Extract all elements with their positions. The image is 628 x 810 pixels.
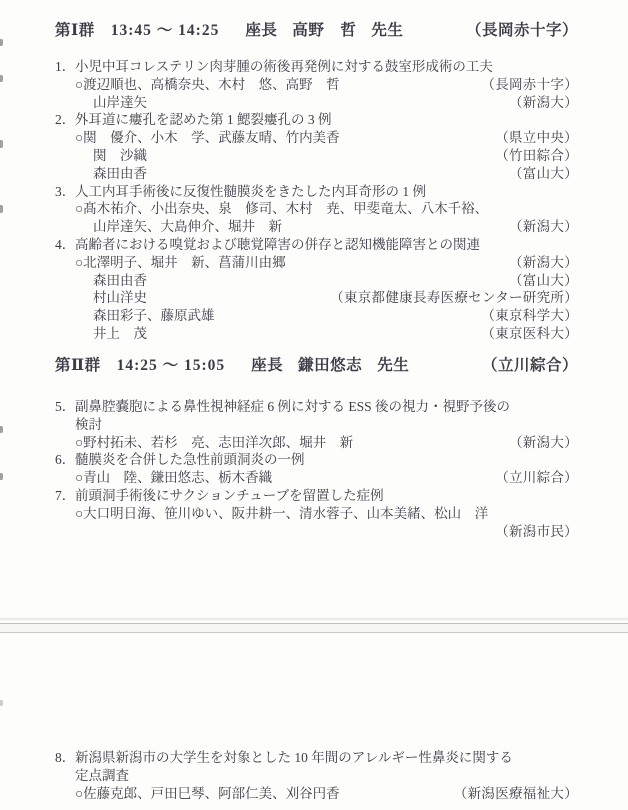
author-row: 関 沙織（竹田綜合） xyxy=(55,147,578,165)
author-line: ○北澤明子、堀井 新、菖蒲川由郷（新潟大） xyxy=(75,254,578,272)
scan-speck xyxy=(0,700,3,706)
item-number: 6． xyxy=(55,451,75,469)
author-line: ○青山 陸、鎌田悠志、栃木香織（立川綜合） xyxy=(75,469,578,487)
indent-spacer xyxy=(55,254,75,272)
item-title-row: 5．副鼻腔嚢胞による鼻性視神経症 6 例に対する ESS 後の視力・視野予後の xyxy=(55,398,578,416)
indent-spacer xyxy=(55,505,75,523)
item-number xyxy=(55,767,75,785)
item-title: 髄膜炎を合併した急性前頭洞炎の一例 xyxy=(75,451,578,469)
author-names: 村山洋史 xyxy=(75,289,147,307)
author-line: 山岸達矢（新潟大） xyxy=(75,94,578,112)
item-title: 前頭洞手術後にサクションチューブを留置した症例 xyxy=(75,487,578,505)
author-line: 関 沙織（竹田綜合） xyxy=(75,147,578,165)
affiliation: （新潟市民） xyxy=(495,523,578,541)
indent-spacer xyxy=(55,272,75,290)
author-row: 森田彩子、藤原武雄（東京科学大） xyxy=(55,307,578,325)
author-line: 山岸達矢、大島伸介、堀井 新（新潟大） xyxy=(75,218,578,236)
indent-spacer xyxy=(55,218,75,236)
author-row: ○野村拓未、若杉 亮、志田洋次郎、堀井 新（新潟大） xyxy=(55,434,578,452)
scan-speck xyxy=(0,140,3,148)
session-2-header: 第Ⅱ群 14:25 ～ 15:05 座長 鎌田悠志 先生 （立川綜合） xyxy=(55,356,578,376)
item-number: 1． xyxy=(55,58,75,76)
affiliation: （新潟大） xyxy=(509,218,578,236)
item-number: 5． xyxy=(55,398,75,416)
indent-spacer xyxy=(55,94,75,112)
indent-spacer xyxy=(55,325,75,343)
author-line: 森田彩子、藤原武雄（東京科学大） xyxy=(75,307,578,325)
page-break xyxy=(0,618,628,633)
author-line: 森田由香（富山大） xyxy=(75,272,578,290)
author-line: ○大口明日海、笹川ゆい、阪井耕一、清水蓉子、山本美緒、松山 洋 xyxy=(75,505,578,523)
item-title-row: 3．人工内耳手術後に反復性髄膜炎をきたした内耳奇形の 1 例 xyxy=(55,183,578,201)
chair-name: 鎌田悠志 xyxy=(298,356,362,376)
author-names: 森田彩子、藤原武雄 xyxy=(75,307,215,325)
affiliation: （東京都健康長寿医療センター研究所） xyxy=(330,289,578,307)
item-title-row: 4．高齢者における嗅覚および聴覚障害の併存と認知機能障害との関連 xyxy=(55,236,578,254)
indent-spacer xyxy=(55,147,75,165)
author-line: ○髙木祐介、小出奈央、泉 修司、木村 尭、甲斐竜太、八木千裕、 xyxy=(75,200,578,218)
author-names xyxy=(75,523,93,541)
scan-speck xyxy=(0,205,3,213)
author-names: ○関 優介、小木 学、武藤友晴、竹内美香 xyxy=(75,129,340,147)
author-names: 山岸達矢 xyxy=(75,94,147,112)
indent-spacer xyxy=(55,523,75,541)
scan-speck xyxy=(0,75,3,82)
session-1-items: 1．小児中耳コレステリン肉芽腫の術後再発例に対する鼓室形成術の工夫○渡辺順也、高… xyxy=(55,58,578,343)
indent-spacer xyxy=(55,434,75,452)
session-time: 13:45 ～ 14:25 xyxy=(111,21,220,41)
author-row: 森田由香（富山大） xyxy=(55,272,578,290)
item-title: 新潟県新潟市の大学生を対象とした 10 年間のアレルギー性鼻炎に関する xyxy=(75,749,578,767)
session-2-items: 5．副鼻腔嚢胞による鼻性視神経症 6 例に対する ESS 後の視力・視野予後の検… xyxy=(55,398,578,540)
chair-affiliation: （長岡赤十字） xyxy=(466,21,578,41)
affiliation: （新潟大） xyxy=(509,434,578,452)
author-names: 森田由香 xyxy=(75,272,147,290)
item-title: 定点調査 xyxy=(75,767,578,785)
chair-honorific: 先生 xyxy=(377,356,409,376)
author-row: ○大口明日海、笹川ゆい、阪井耕一、清水蓉子、山本美緒、松山 洋 xyxy=(55,505,578,523)
author-row: 山岸達矢、大島伸介、堀井 新（新潟大） xyxy=(55,218,578,236)
item-number: 8． xyxy=(55,749,75,767)
author-line: ○関 優介、小木 学、武藤友晴、竹内美香（県立中央） xyxy=(75,129,578,147)
affiliation: （富山大） xyxy=(509,272,578,290)
item-number: 4． xyxy=(55,236,75,254)
item-number: 2． xyxy=(55,111,75,129)
author-names: ○野村拓未、若杉 亮、志田洋次郎、堀井 新 xyxy=(75,434,353,452)
item-title-row: 検討 xyxy=(55,416,578,434)
item-number: 3． xyxy=(55,183,75,201)
author-names: 森田由香 xyxy=(75,165,147,183)
author-line: （新潟市民） xyxy=(75,523,578,541)
item-title: 高齢者における嗅覚および聴覚障害の併存と認知機能障害との関連 xyxy=(75,236,578,254)
author-line: ○渡辺順也、高橋奈央、木村 悠、高野 哲（長岡赤十字） xyxy=(75,76,578,94)
author-names: ○佐藤克郎、戸田巳琴、阿部仁美、刈谷円香 xyxy=(75,785,340,803)
indent-spacer xyxy=(55,129,75,147)
chair-label: 座長 xyxy=(245,21,277,41)
item-number xyxy=(55,416,75,434)
affiliation: （新潟大） xyxy=(509,94,578,112)
item-title-row: 6．髄膜炎を合併した急性前頭洞炎の一例 xyxy=(55,451,578,469)
indent-spacer xyxy=(55,200,75,218)
indent-spacer xyxy=(55,307,75,325)
page-break-shadow-line xyxy=(0,618,628,620)
author-names: ○髙木祐介、小出奈央、泉 修司、木村 尭、甲斐竜太、八木千裕、 xyxy=(75,200,488,218)
item-title: 外耳道に瘻孔を認めた第 1 鰓裂瘻孔の 3 例 xyxy=(75,111,578,129)
conference-program-scan: 第Ⅰ群 13:45 ～ 14:25 座長 高野 哲 先生 （長岡赤十字） 1．小… xyxy=(0,0,628,810)
indent-spacer xyxy=(55,165,75,183)
author-row: 井上 茂（東京医科大） xyxy=(55,325,578,343)
author-names: ○大口明日海、笹川ゆい、阪井耕一、清水蓉子、山本美緒、松山 洋 xyxy=(75,505,488,523)
affiliation: （新潟大） xyxy=(509,254,578,272)
author-row: ○関 優介、小木 学、武藤友晴、竹内美香（県立中央） xyxy=(55,129,578,147)
scan-speck xyxy=(0,426,3,433)
author-row: 森田由香（富山大） xyxy=(55,165,578,183)
indent-spacer xyxy=(55,289,75,307)
affiliation: （竹田綜合） xyxy=(495,147,578,165)
item-title: 検討 xyxy=(75,416,578,434)
affiliation: （立川綜合） xyxy=(495,469,578,487)
author-names: ○青山 陸、鎌田悠志、栃木香織 xyxy=(75,469,272,487)
author-line: 村山洋史（東京都健康長寿医療センター研究所） xyxy=(75,289,578,307)
author-names: ○渡辺順也、高橋奈央、木村 悠、高野 哲 xyxy=(75,76,340,94)
author-row: （新潟市民） xyxy=(55,523,578,541)
scan-speck xyxy=(0,39,3,46)
indent-spacer xyxy=(55,76,75,94)
author-row: ○青山 陸、鎌田悠志、栃木香織（立川綜合） xyxy=(55,469,578,487)
session-group: 第Ⅱ群 xyxy=(55,356,101,376)
indent-spacer xyxy=(55,469,75,487)
item-number: 7． xyxy=(55,487,75,505)
session-group: 第Ⅰ群 xyxy=(55,21,95,41)
indent-spacer xyxy=(55,785,75,803)
author-row: 村山洋史（東京都健康長寿医療センター研究所） xyxy=(55,289,578,307)
author-row: ○髙木祐介、小出奈央、泉 修司、木村 尭、甲斐竜太、八木千裕、 xyxy=(55,200,578,218)
author-row: 山岸達矢（新潟大） xyxy=(55,94,578,112)
session-time: 14:25 ～ 15:05 xyxy=(117,356,226,376)
author-line: 森田由香（富山大） xyxy=(75,165,578,183)
item-title-row: 1．小児中耳コレステリン肉芽腫の術後再発例に対する鼓室形成術の工夫 xyxy=(55,58,578,76)
affiliation: （長岡赤十字） xyxy=(481,76,578,94)
item-title: 小児中耳コレステリン肉芽腫の術後再発例に対する鼓室形成術の工夫 xyxy=(75,58,578,76)
author-names: ○北澤明子、堀井 新、菖蒲川由郷 xyxy=(75,254,286,272)
author-line: ○野村拓未、若杉 亮、志田洋次郎、堀井 新（新潟大） xyxy=(75,434,578,452)
chair-honorific: 先生 xyxy=(371,21,403,41)
chair-affiliation: （立川綜合） xyxy=(482,356,578,376)
author-line: 井上 茂（東京医科大） xyxy=(75,325,578,343)
item-title: 副鼻腔嚢胞による鼻性視神経症 6 例に対する ESS 後の視力・視野予後の xyxy=(75,398,578,416)
scan-speck xyxy=(0,473,3,480)
item-title-row: 定点調査 xyxy=(55,767,578,785)
affiliation: （東京科学大） xyxy=(481,307,578,325)
author-row: ○佐藤克郎、戸田巳琴、阿部仁美、刈谷円香（新潟医療福祉大） xyxy=(55,785,578,803)
author-row: ○北澤明子、堀井 新、菖蒲川由郷（新潟大） xyxy=(55,254,578,272)
affiliation: （東京医科大） xyxy=(481,325,578,343)
affiliation: （富山大） xyxy=(509,165,578,183)
item-title-row: 8．新潟県新潟市の大学生を対象とした 10 年間のアレルギー性鼻炎に関する xyxy=(55,749,578,767)
author-line: ○佐藤克郎、戸田巳琴、阿部仁美、刈谷円香（新潟医療福祉大） xyxy=(75,785,578,803)
author-names: 関 沙織 xyxy=(75,147,147,165)
item-title-row: 7．前頭洞手術後にサクションチューブを留置した症例 xyxy=(55,487,578,505)
affiliation: （新潟医療福祉大） xyxy=(454,785,578,803)
affiliation: （県立中央） xyxy=(495,129,578,147)
item-title-row: 2．外耳道に瘻孔を認めた第 1 鰓裂瘻孔の 3 例 xyxy=(55,111,578,129)
chair-label: 座長 xyxy=(251,356,283,376)
item-title: 人工内耳手術後に反復性髄膜炎をきたした内耳奇形の 1 例 xyxy=(75,183,578,201)
author-names: 井上 茂 xyxy=(75,325,147,343)
author-names: 山岸達矢、大島伸介、堀井 新 xyxy=(75,218,282,236)
page-2-items: 8．新潟県新潟市の大学生を対象とした 10 年間のアレルギー性鼻炎に関する定点調… xyxy=(55,749,578,802)
chair-name: 高野 哲 xyxy=(292,21,356,41)
session-1-header: 第Ⅰ群 13:45 ～ 14:25 座長 高野 哲 先生 （長岡赤十字） xyxy=(55,21,578,41)
page-break-edge-band xyxy=(0,623,628,633)
author-row: ○渡辺順也、高橋奈央、木村 悠、高野 哲（長岡赤十字） xyxy=(55,76,578,94)
